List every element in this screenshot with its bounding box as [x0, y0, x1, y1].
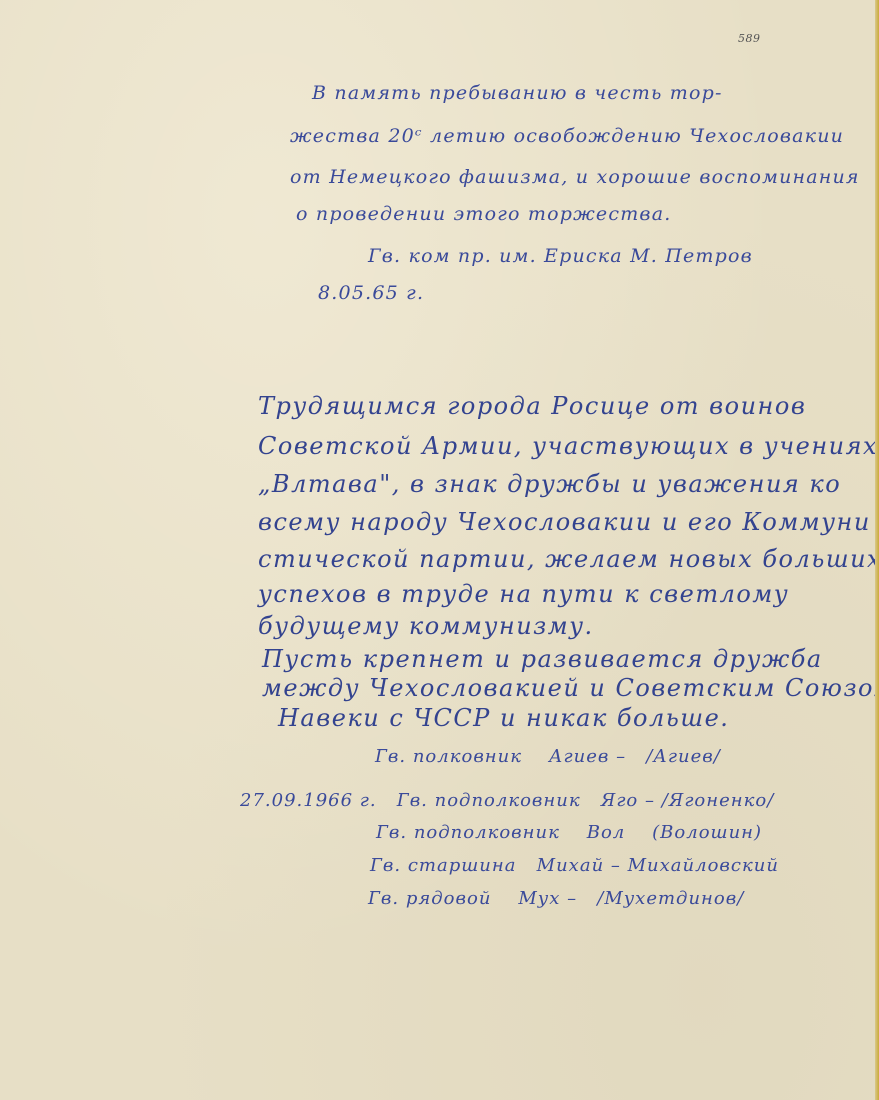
entry-2-line: стической партии, желаем новых больших — [258, 545, 879, 573]
entry-2-line: между Чехословакией и Советским Союзом. — [262, 674, 879, 702]
entry-1-date: 8.05.65 г. — [318, 282, 424, 304]
signature-mark: Вол — [587, 822, 626, 843]
entry-1-signature: Гв. ком пр. им. Ериска М. Петров — [368, 245, 753, 267]
entry-1-line: жества 20ᶜ летию освобождению Чехословак… — [290, 125, 844, 147]
entry-1-line: о проведении этого торжества. — [296, 203, 671, 225]
signature-name: /Ягоненко/ — [662, 790, 775, 811]
signature-rank: Гв. старшина — [370, 855, 516, 876]
entry-2-line: Пусть крепнет и развивается дружба — [262, 645, 823, 673]
document-page: 589 В память пребыванию в честь тор- жес… — [0, 0, 879, 1100]
entry-1-line: В память пребыванию в честь тор- — [312, 82, 723, 104]
entry-2-line: Советской Армии, участвующих в учениях — [258, 432, 878, 460]
page-number: 589 — [738, 32, 761, 45]
entry-1-line: от Немецкого фашизма, и хорошие воспомин… — [290, 166, 860, 188]
signature-mark: Михай – — [537, 855, 621, 876]
page-edge — [875, 0, 879, 1100]
signature-rank: Гв. рядовой — [368, 888, 491, 909]
signature-row: Гв. подполковник Вол (Волошин) — [376, 822, 762, 843]
signature-mark: Яго – — [601, 790, 655, 811]
entry-2-line: Трудящимся города Росице от воинов — [258, 392, 806, 420]
entry-2-line: всему народу Чехословакии и его Коммуни … — [258, 508, 879, 536]
signature-date: 27.09.1966 г. — [240, 790, 377, 811]
signature-rank: Гв. полковник — [375, 746, 522, 767]
signature-row: Гв. старшина Михай – Михайловский — [370, 855, 779, 876]
signature-mark: Мух – — [518, 888, 577, 909]
entry-2-line: Навеки с ЧССР и никак больше. — [278, 704, 729, 732]
signature-name: /Мухетдинов/ — [597, 888, 744, 909]
entry-2-line: „Влтава", в знак дружбы и уважения ко — [258, 470, 841, 498]
entry-2-line: успехов в труде на пути к светлому — [258, 580, 789, 608]
signature-name: /Агиев/ — [646, 746, 721, 767]
signature-row: Гв. рядовой Мух – /Мухетдинов/ — [368, 888, 744, 909]
entry-2-line: будущему коммунизму. — [258, 612, 594, 640]
signature-mark: Агиев – — [549, 746, 626, 767]
signature-row: 27.09.1966 г. Гв. подполковник Яго – /Яг… — [240, 790, 774, 811]
signature-row: Гв. полковник Агиев – /Агиев/ — [375, 746, 721, 767]
signature-name: Михайловский — [628, 855, 779, 876]
signature-rank: Гв. подполковник — [397, 790, 581, 811]
signature-rank: Гв. подполковник — [376, 822, 560, 843]
signature-name: (Волошин) — [652, 822, 762, 843]
